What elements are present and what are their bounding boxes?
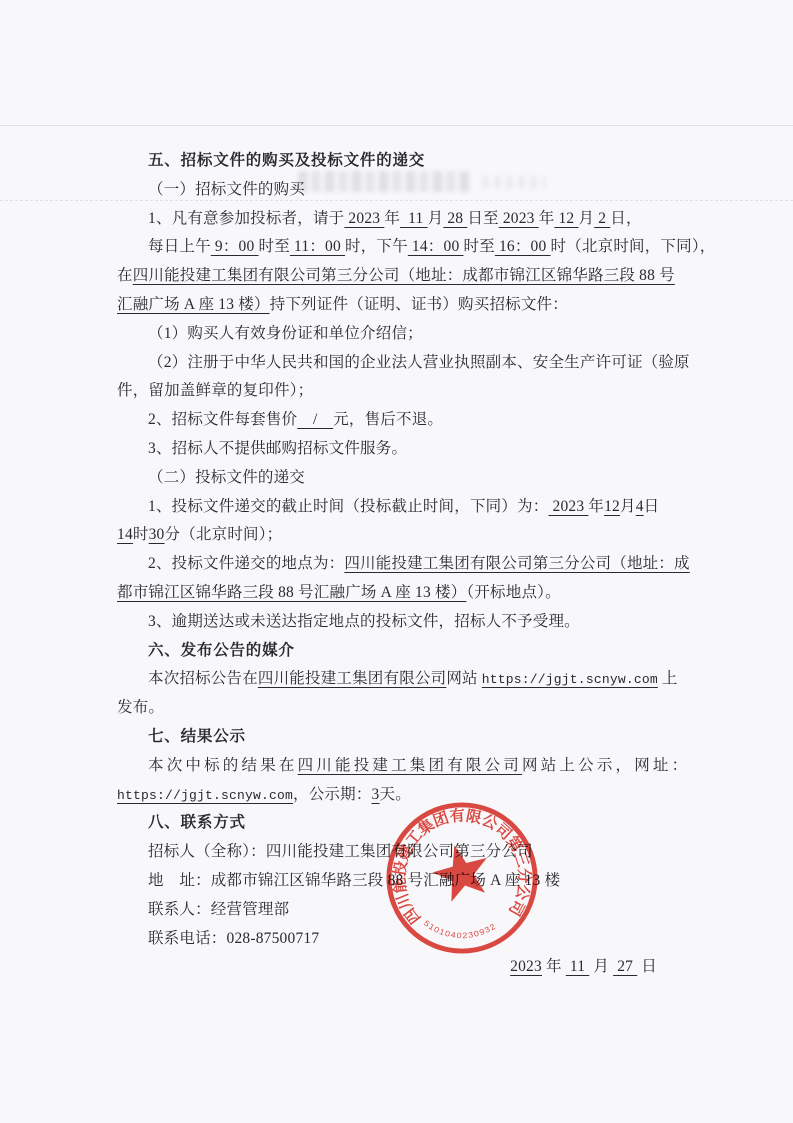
purchase-end-day: 2	[594, 210, 610, 227]
text-segment: 分（北京时间）；	[165, 526, 283, 543]
text-segment: 3、逾期送达或未送达指定地点的投标文件，招标人不予受理。	[148, 613, 580, 630]
text-segment: 元，售后不退。	[333, 411, 443, 428]
text-segment: 时至	[259, 238, 290, 255]
purchase-period-line: 1、凡有意参加投标者，请于 2023 年 11 月 28 日至 2023 年 1…	[117, 205, 681, 234]
purchase-end-year: 2023	[499, 210, 539, 227]
section-5-sub2-heading: （二）投标文件的递交	[117, 464, 681, 493]
submission-place-line: 2、投标文件递交的地点为：四川能投建工集团有限公司第三分公司（地址：成	[117, 550, 681, 579]
text-segment: 网站上公示，网址：	[522, 757, 690, 774]
sign-month: 11	[566, 958, 589, 975]
website-url: https://jgjt.scnyw.com	[117, 788, 293, 803]
deadline-hour: 14	[117, 526, 133, 543]
submission-address-cont: 都市锦江区锦华路三段 88 号汇融广场 A 座 13 楼）	[117, 584, 466, 601]
purchase-location-line: 在四川能投建工集团有限公司第三分公司（地址：成都市锦江区锦华路三段 88 号	[117, 262, 681, 291]
price-value: /	[297, 411, 333, 428]
afternoon-close-time: 16：00	[495, 238, 551, 255]
purchase-end-month: 12	[554, 210, 578, 227]
publisher-company-name: 四川能投建工集团有限公司	[298, 757, 522, 774]
deadline-year: 2023	[548, 498, 588, 515]
overdue-rejection-line: 3、逾期送达或未送达指定地点的投标文件，招标人不予受理。	[117, 608, 681, 637]
text-segment: 时	[133, 526, 149, 543]
bid-deadline-time-line: 14时30分（北京时间）；	[117, 521, 681, 550]
purchase-start-month: 11	[400, 210, 428, 227]
scan-artifact-line	[0, 125, 793, 126]
purchase-start-day: 28	[443, 210, 467, 227]
text-segment: （开标地点）。	[466, 584, 560, 601]
text-segment: 月	[620, 498, 636, 515]
text-segment: 年	[588, 498, 604, 515]
text-segment: 年	[542, 958, 566, 975]
text-segment: 日，	[610, 210, 641, 227]
text-segment: 1、投标文件递交的截止时间（投标截止时间，下同）为：	[148, 498, 548, 515]
afternoon-open-time: 14：00	[408, 238, 464, 255]
subheading-text: （一）招标文件的购买	[148, 181, 305, 198]
sign-day: 27	[613, 958, 637, 975]
section-5-heading: 五、招标文件的购买及投标文件的递交	[117, 147, 681, 176]
text-segment: 月	[589, 958, 613, 975]
scanned-tender-document-page: 五、招标文件的购买及投标文件的递交 （一）招标文件的购买 1、凡有意参加投标者，…	[0, 0, 793, 1123]
text-segment: 日	[637, 958, 657, 975]
text-segment: 3、招标人不提供邮购招标文件服务。	[148, 440, 407, 457]
text-segment: 网站	[446, 670, 481, 687]
text-segment: 每日上午	[148, 238, 211, 255]
heading-text: 七、结果公示	[148, 728, 246, 745]
svg-text:5101040230932: 5101040230932	[422, 919, 498, 941]
section-5-sub1-heading: （一）招标文件的购买	[117, 176, 681, 205]
text-segment: 件，留加盖鲜章的复印件）；	[117, 382, 313, 399]
no-mail-order-line: 3、招标人不提供邮购招标文件服务。	[117, 435, 681, 464]
certificate-item-1: （1）购买人有效身份证和单位介绍信；	[117, 320, 681, 349]
heading-text: 五、招标文件的购买及投标文件的递交	[148, 152, 425, 169]
heading-text: 六、发布公告的媒介	[148, 642, 295, 659]
text-segment: 在	[117, 267, 133, 284]
signature-date-line: 2023 年 11 月 27 日	[117, 953, 681, 982]
text-segment: ，公示期：	[293, 786, 372, 803]
deadline-day: 4	[636, 498, 644, 515]
document-price-line: 2、招标文件每套售价 / 元，售后不退。	[117, 406, 681, 435]
submission-company-address: 四川能投建工集团有限公司第三分公司（地址：成	[344, 555, 689, 572]
company-address-cont: 汇融广场 A 座 13 楼）	[117, 296, 270, 313]
text-segment: 时至	[463, 238, 494, 255]
submission-place-line-2: 都市锦江区锦华路三段 88 号汇融广场 A 座 13 楼）（开标地点）。	[117, 579, 681, 608]
subheading-text: （二）投标文件的递交	[148, 469, 305, 486]
text-segment: 月	[428, 210, 444, 227]
text-segment: 年	[539, 210, 555, 227]
text-segment: 日至	[467, 210, 498, 227]
website-url: https://jgjt.scnyw.com	[482, 672, 658, 687]
certificate-item-2: （2）注册于中华人民共和国的企业法人营业执照副本、安全生产许可证（验原	[117, 349, 681, 378]
certificate-item-2-cont: 件，留加盖鲜章的复印件）；	[117, 377, 681, 406]
text-segment: 时，下午	[345, 238, 408, 255]
phone-number: 联系电话：028-87500717	[148, 930, 319, 947]
text-segment: 1、凡有意参加投标者，请于	[148, 210, 344, 227]
text-segment: （1）购买人有效身份证和单位介绍信；	[148, 325, 423, 342]
text-segment: 月	[578, 210, 594, 227]
text-segment: 日	[644, 498, 660, 515]
heading-text: 八、联系方式	[148, 814, 246, 831]
text-segment: 2、投标文件递交的地点为：	[148, 555, 344, 572]
text-segment: 2、招标文件每套售价	[148, 411, 297, 428]
text-segment: 持下列证件（证明、证书）购买招标文件：	[270, 296, 568, 313]
publicity-days: 3	[372, 786, 380, 803]
company-and-address: 四川能投建工集团有限公司第三分公司（地址：成都市锦江区锦华路三段 88 号	[133, 267, 675, 284]
text-segment: 年	[384, 210, 400, 227]
deadline-minute: 30	[149, 526, 165, 543]
text-segment: 发布。	[117, 699, 164, 716]
purchase-start-year: 2023	[344, 210, 384, 227]
deadline-month: 12	[604, 498, 620, 515]
section-6-heading: 六、发布公告的媒介	[117, 637, 681, 666]
result-publicity-line: 本次中标的结果在四川能投建工集团有限公司网站上公示，网址：	[117, 752, 681, 781]
announcement-media-line-2: 发布。	[117, 694, 681, 723]
purchase-hours-line: 每日上午 9：00 时至 11：00 时，下午 14：00 时至 16：00 时…	[117, 233, 681, 262]
contact-person: 联系人：经营管理部	[148, 901, 289, 918]
section-7-heading: 七、结果公示	[117, 723, 681, 752]
seal-star-icon	[427, 838, 495, 904]
publisher-company-name: 四川能投建工集团有限公司	[258, 670, 446, 687]
morning-open-time: 9：00	[211, 238, 259, 255]
text-segment: （2）注册于中华人民共和国的企业法人营业执照副本、安全生产许可证（验原	[148, 354, 690, 371]
purchase-location-line-2: 汇融广场 A 座 13 楼）持下列证件（证明、证书）购买招标文件：	[117, 291, 681, 320]
seal-number-text: 5101040230932	[422, 919, 498, 941]
announcement-media-line: 本次招标公告在四川能投建工集团有限公司网站 https://jgjt.scnyw…	[117, 665, 681, 694]
sign-year: 2023	[510, 958, 542, 975]
company-seal-stamp: 四川能投建工集团有限公司第三分公司 5101040230932	[383, 799, 541, 957]
text-segment: 本次招标公告在	[148, 670, 258, 687]
text-segment: 时（北京时间，下同），	[551, 238, 716, 255]
text-segment: 上	[658, 670, 678, 687]
text-segment: 本次中标的结果在	[148, 757, 298, 774]
morning-close-time: 11：00	[290, 238, 345, 255]
bid-deadline-line: 1、投标文件递交的截止时间（投标截止时间，下同）为： 2023 年12月4日	[117, 493, 681, 522]
